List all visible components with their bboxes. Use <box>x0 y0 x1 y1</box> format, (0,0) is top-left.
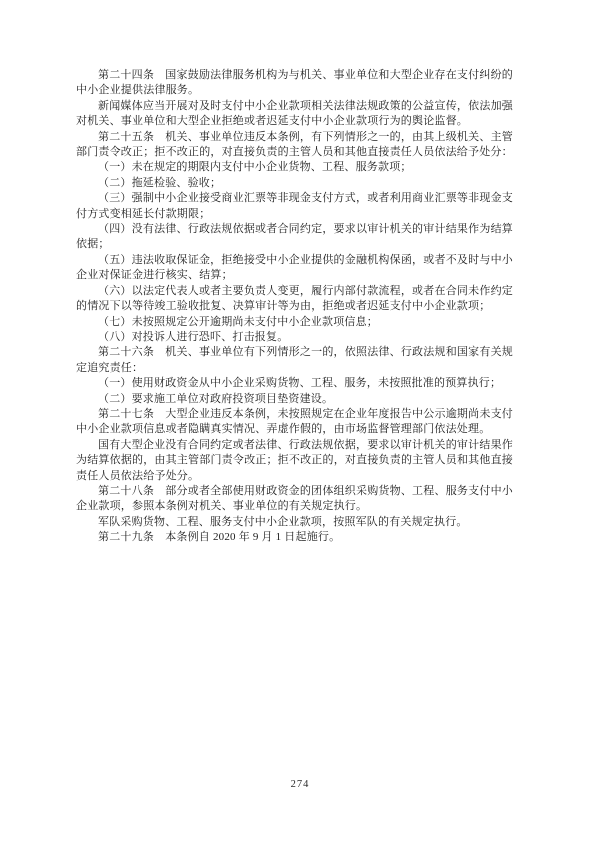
article-26-item-1: （一）使用财政资金从中小企业采购货物、工程、服务，未按照批准的预算执行； <box>76 376 513 391</box>
article-27-paragraph-2: 国有大型企业没有合同约定或者法律、行政法规依据，要求以审计机关的审计结果作为结算… <box>76 438 513 484</box>
article-24-paragraph-1: 第二十四条 国家鼓励法律服务机构为与机关、事业单位和大型企业存在支付纠纷的中小企… <box>76 68 513 99</box>
article-25-item-6: （六）以法定代表人或者主要负责人变更，履行内部付款流程，或者在合同未作约定的情况… <box>76 284 513 315</box>
article-25-item-1: （一）未在规定的期限内支付中小企业货物、工程、服务款项； <box>76 160 513 175</box>
article-24-paragraph-2: 新闻媒体应当开展对及时支付中小企业款项相关法律法规政策的公益宣传，依法加强对机关… <box>76 99 513 130</box>
regulation-text-block: 第二十四条 国家鼓励法律服务机构为与机关、事业单位和大型企业存在支付纠纷的中小企… <box>76 68 513 546</box>
article-26-intro: 第二十六条 机关、事业单位有下列情形之一的，依照法律、行政法规和国家有关规定追究… <box>76 345 513 376</box>
article-28-paragraph-1: 第二十八条 部分或者全部使用财政资金的团体组织采购货物、工程、服务支付中小企业款… <box>76 484 513 515</box>
article-26-item-2: （二）要求施工单位对政府投资项目垫资建设。 <box>76 392 513 407</box>
article-29-paragraph: 第二十九条 本条例自 2020 年 9 月 1 日起施行。 <box>76 530 513 545</box>
article-25-item-3: （三）强制中小企业接受商业汇票等非现金支付方式，或者利用商业汇票等非现金支付方式… <box>76 191 513 222</box>
article-25-item-2: （二）拖延检验、验收； <box>76 176 513 191</box>
page-background: 第二十四条 国家鼓励法律服务机构为与机关、事业单位和大型企业存在支付纠纷的中小企… <box>0 0 600 848</box>
article-25-item-5: （五）违法收取保证金，拒绝接受中小企业提供的金融机构保函，或者不及时与中小企业对… <box>76 253 513 284</box>
document-page: { "document": { "paragraphs": [ "第二十四条 国… <box>0 0 600 848</box>
article-27-paragraph-1: 第二十七条 大型企业违反本条例，未按照规定在企业年度报告中公示逾期尚未支付中小企… <box>76 407 513 438</box>
article-25-item-8: （八）对投诉人进行恐吓、打击报复。 <box>76 330 513 345</box>
article-28-paragraph-2: 军队采购货物、工程、服务支付中小企业款项，按照军队的有关规定执行。 <box>76 515 513 530</box>
article-25-item-4: （四）没有法律、行政法规依据或者合同约定，要求以审计机关的审计结果作为结算依据； <box>76 222 513 253</box>
article-25-intro: 第二十五条 机关、事业单位违反本条例，有下列情形之一的，由其上级机关、主管部门责… <box>76 130 513 161</box>
page-number: 274 <box>0 779 600 790</box>
article-25-item-7: （七）未按照规定公开逾期尚未支付中小企业款项信息； <box>76 315 513 330</box>
